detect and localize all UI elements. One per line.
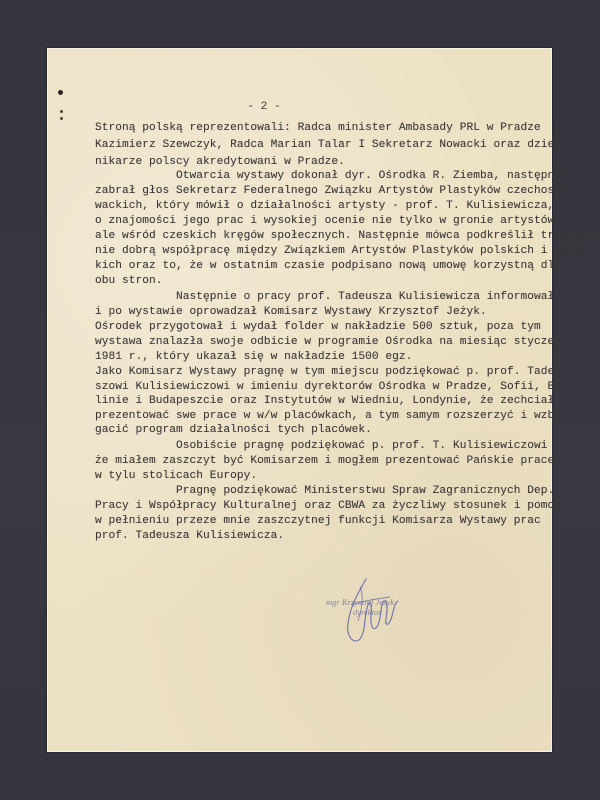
text-line: obu stron. — [95, 275, 163, 288]
punch-hole-mark — [60, 110, 63, 113]
text-line: o znajomości jego prac i wysokiej ocenie… — [95, 215, 554, 228]
page-number: - 2 - — [234, 101, 294, 113]
text-line: kich oraz to, że w ostatnim czasie podpi… — [95, 260, 561, 273]
text-line: prezentować swe prace w w/w placówkach, … — [95, 410, 568, 423]
text-line: ale wśród czeskich kręgów społecznych. N… — [95, 230, 600, 243]
handwritten-signature — [338, 575, 408, 647]
text-line: nie dobrą współpracę między Związkiem Ar… — [95, 245, 588, 258]
text-line: Osobiście pragnę podziękować p. prof. T.… — [95, 440, 548, 453]
text-line: Ośrodek przygotował i wydał folder w nak… — [95, 321, 541, 334]
text-line: w tylu stolicach Europy. — [95, 470, 257, 483]
text-line: szowi Kulisiewiczowi w imieniu dyrektoró… — [95, 381, 575, 394]
text-line: Kazimierz Szewczyk, Radca Marian Talar I… — [95, 139, 568, 152]
text-line: prof. Tadeusza Kulisiewicza. — [95, 530, 284, 543]
text-line: że miałem zaszczyt być Komisarzem i mogł… — [95, 455, 554, 468]
text-line: Jako Komisarz Wystawy pragnę w tym miejs… — [95, 366, 568, 379]
text-line: zabrał głos Sekretarz Federalnego Związk… — [95, 185, 575, 198]
text-line: nikarze polscy akredytowani w Pradze. — [95, 156, 345, 169]
text-line: wackich, który mówił o działalności arty… — [95, 200, 554, 213]
text-line: 1981 r., który ukazał się w nakładzie 15… — [95, 351, 412, 364]
text-line: wystawa znalazła swoje odbicie w program… — [95, 336, 561, 349]
text-line: gacić program działalności tych placówek… — [95, 424, 372, 437]
text-line: linie i Budapeszcie oraz Instytutów w Wi… — [95, 395, 554, 408]
text-line: Stroną polską reprezentowali: Radca mini… — [95, 122, 541, 135]
punch-hole-mark — [60, 117, 63, 120]
punch-hole-mark — [58, 90, 63, 95]
text-line: i po wystawie oprowadzał Komisarz Wystaw… — [95, 306, 487, 319]
text-line: Pracy i Współpracy Kulturalnej oraz CBWA… — [95, 500, 561, 513]
text-line: Następnie o pracy prof. Tadeusza Kulisie… — [95, 291, 554, 304]
text-line: Otwarcia wystawy dokonał dyr. Ośrodka R.… — [95, 170, 568, 183]
text-line: Pragnę podziękować Ministerstwu Spraw Za… — [95, 485, 554, 498]
text-line: w pełnieniu przeze mnie zaszczytnej funk… — [95, 515, 541, 528]
